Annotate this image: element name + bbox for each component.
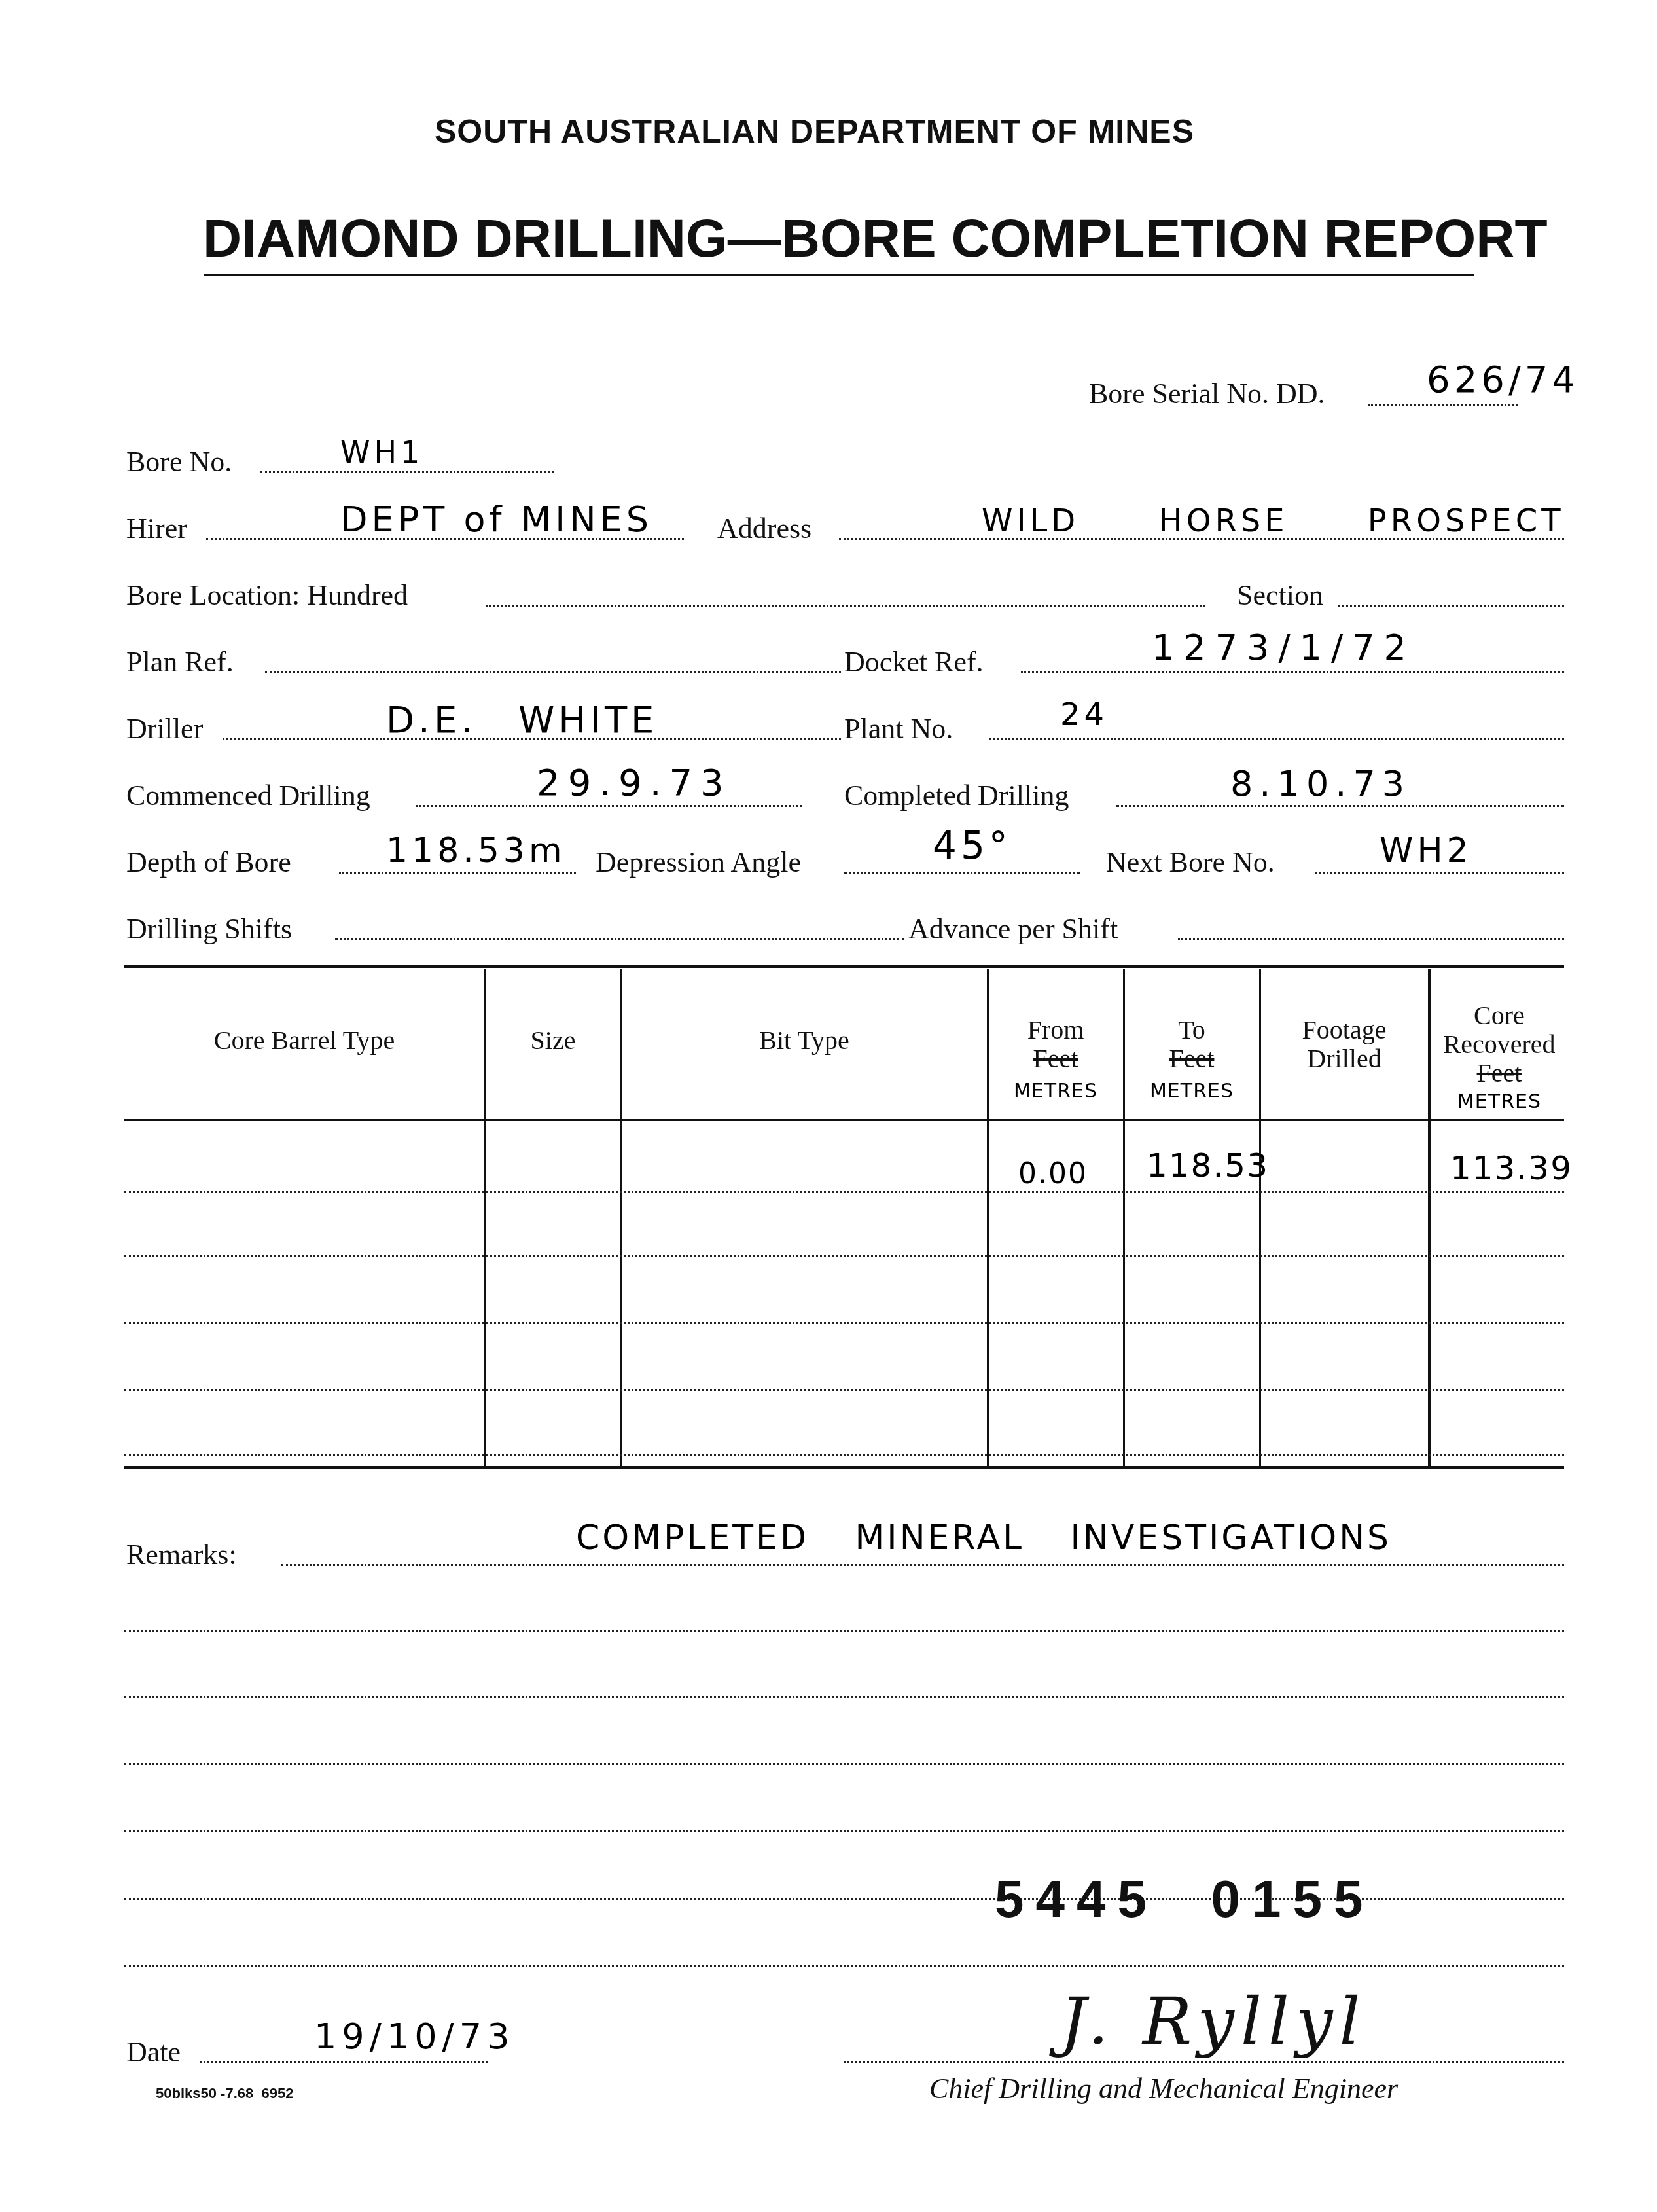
remarks-line-3 xyxy=(124,1696,1564,1698)
row-line-4 xyxy=(124,1389,1564,1391)
completed-drilling-line xyxy=(1116,805,1564,807)
header-core-rec-struck-unit: Feet xyxy=(1431,1059,1568,1088)
row-line-2 xyxy=(124,1255,1564,1257)
bore-no-label: Bore No. xyxy=(126,445,232,478)
row-line-5 xyxy=(124,1454,1564,1456)
commenced-drilling-line xyxy=(416,805,802,807)
plan-ref-label: Plan Ref. xyxy=(126,645,234,679)
remarks-line-2 xyxy=(124,1630,1564,1632)
header-core-rec-line2: Recovered xyxy=(1431,1030,1568,1059)
table-top-rule xyxy=(124,965,1564,968)
bore-no-line xyxy=(260,471,554,473)
signature-line xyxy=(844,2061,1564,2063)
remarks-line-5 xyxy=(124,1830,1564,1832)
form-code: 50blks50 -7.68 6952 xyxy=(156,2085,293,2102)
row-1-from[interactable]: 0.00 xyxy=(1018,1157,1088,1190)
remarks-line-7 xyxy=(124,1965,1564,1967)
completed-drilling-value[interactable]: 8.10.73 xyxy=(1230,763,1411,804)
drilling-shifts-label: Drilling Shifts xyxy=(126,912,292,946)
bore-location-line xyxy=(486,605,1205,607)
advance-per-shift-line xyxy=(1178,938,1564,940)
remarks-line-1 xyxy=(281,1564,1564,1566)
header-size: Size xyxy=(486,1026,620,1055)
header-to-struck-unit: Feet xyxy=(1124,1044,1259,1073)
header-core-recovered: Core Recovered Feet METRES xyxy=(1431,1001,1568,1116)
header-footage-line2: Drilled xyxy=(1260,1044,1428,1073)
drilling-shifts-line xyxy=(335,938,904,940)
depth-of-bore-line xyxy=(339,872,576,874)
signatory-title: Chief Drilling and Mechanical Engineer xyxy=(929,2072,1398,2105)
commenced-drilling-value[interactable]: 29.9.73 xyxy=(537,762,732,804)
row-line-1 xyxy=(124,1191,1564,1193)
header-separator xyxy=(124,1119,1564,1121)
section-label: Section xyxy=(1237,579,1323,612)
docket-ref-line xyxy=(1021,671,1564,673)
date-line xyxy=(200,2061,488,2063)
header-core-barrel-type: Core Barrel Type xyxy=(124,1026,484,1055)
docket-ref-value[interactable]: 1273/1/72 xyxy=(1152,627,1416,668)
header-to: To Feet METRES xyxy=(1124,1016,1259,1106)
docket-ref-label: Docket Ref. xyxy=(844,645,984,679)
next-bore-label: Next Bore No. xyxy=(1106,846,1275,879)
header-core-rec-unit: METRES xyxy=(1431,1088,1568,1116)
remarks-label: Remarks: xyxy=(126,1538,237,1571)
bore-no-value[interactable]: WH1 xyxy=(340,435,423,470)
header-from: From Feet METRES xyxy=(988,1016,1123,1106)
depression-angle-value[interactable]: 45° xyxy=(933,823,1012,868)
header-from-struck-unit: Feet xyxy=(988,1044,1123,1073)
row-line-3 xyxy=(124,1322,1564,1324)
header-core-rec-line1: Core xyxy=(1431,1001,1568,1030)
next-bore-line xyxy=(1315,872,1564,874)
bore-location-label: Bore Location: Hundred xyxy=(126,579,408,612)
address-value[interactable]: WILD HORSE PROSPECT xyxy=(982,503,1565,539)
next-bore-value[interactable]: WH2 xyxy=(1380,831,1472,870)
stamp-number: 5445 0155 xyxy=(995,1869,1374,1929)
plan-ref-line xyxy=(265,671,841,673)
remarks-value[interactable]: COMPLETED MINERAL INVESTIGATIONS xyxy=(576,1518,1391,1558)
header-from-label: From xyxy=(988,1016,1123,1044)
header-footage-line1: Footage xyxy=(1260,1016,1428,1044)
depth-of-bore-value[interactable]: 118.53m xyxy=(386,831,566,870)
plant-no-label: Plant No. xyxy=(844,712,953,745)
driller-label: Driller xyxy=(126,712,203,745)
report-title: DIAMOND DRILLING—BORE COMPLETION REPORT xyxy=(203,208,1548,270)
depression-angle-label: Depression Angle xyxy=(596,846,801,879)
remarks-line-4 xyxy=(124,1763,1564,1765)
depth-of-bore-label: Depth of Bore xyxy=(126,846,291,879)
address-label: Address xyxy=(717,512,811,545)
date-label: Date xyxy=(126,2035,181,2069)
advance-per-shift-label: Advance per Shift xyxy=(908,912,1118,946)
commenced-drilling-label: Commenced Drilling xyxy=(126,779,370,812)
signature: J. Ryllyl xyxy=(1060,1983,1366,2060)
title-underline xyxy=(204,274,1474,276)
bore-serial-value[interactable]: 626/74 xyxy=(1427,359,1579,401)
date-value[interactable]: 19/10/73 xyxy=(314,2016,515,2057)
plant-no-value[interactable]: 24 xyxy=(1060,696,1108,733)
header-from-unit: METRES xyxy=(988,1077,1123,1106)
bore-serial-line xyxy=(1368,404,1518,406)
department-name: SOUTH AUSTRALIAN DEPARTMENT OF MINES xyxy=(435,113,1194,151)
table-bottom-rule xyxy=(124,1466,1564,1469)
header-to-unit: METRES xyxy=(1124,1077,1259,1106)
row-1-core-recovered[interactable]: 113.39 xyxy=(1450,1149,1573,1187)
header-to-label: To xyxy=(1124,1016,1259,1044)
header-bit-type: Bit Type xyxy=(622,1026,987,1055)
driller-value[interactable]: D.E. WHITE xyxy=(386,699,658,741)
section-line xyxy=(1338,605,1564,607)
hirer-value[interactable]: DEPT of MINES xyxy=(340,499,652,540)
header-footage-drilled: Footage Drilled xyxy=(1260,1016,1428,1073)
bore-serial-label: Bore Serial No. DD. xyxy=(1089,377,1325,410)
completed-drilling-label: Completed Drilling xyxy=(844,779,1069,812)
depression-angle-line xyxy=(844,872,1080,874)
row-1-to[interactable]: 118.53 xyxy=(1147,1147,1269,1185)
plant-no-line xyxy=(989,738,1564,740)
hirer-label: Hirer xyxy=(126,512,187,545)
